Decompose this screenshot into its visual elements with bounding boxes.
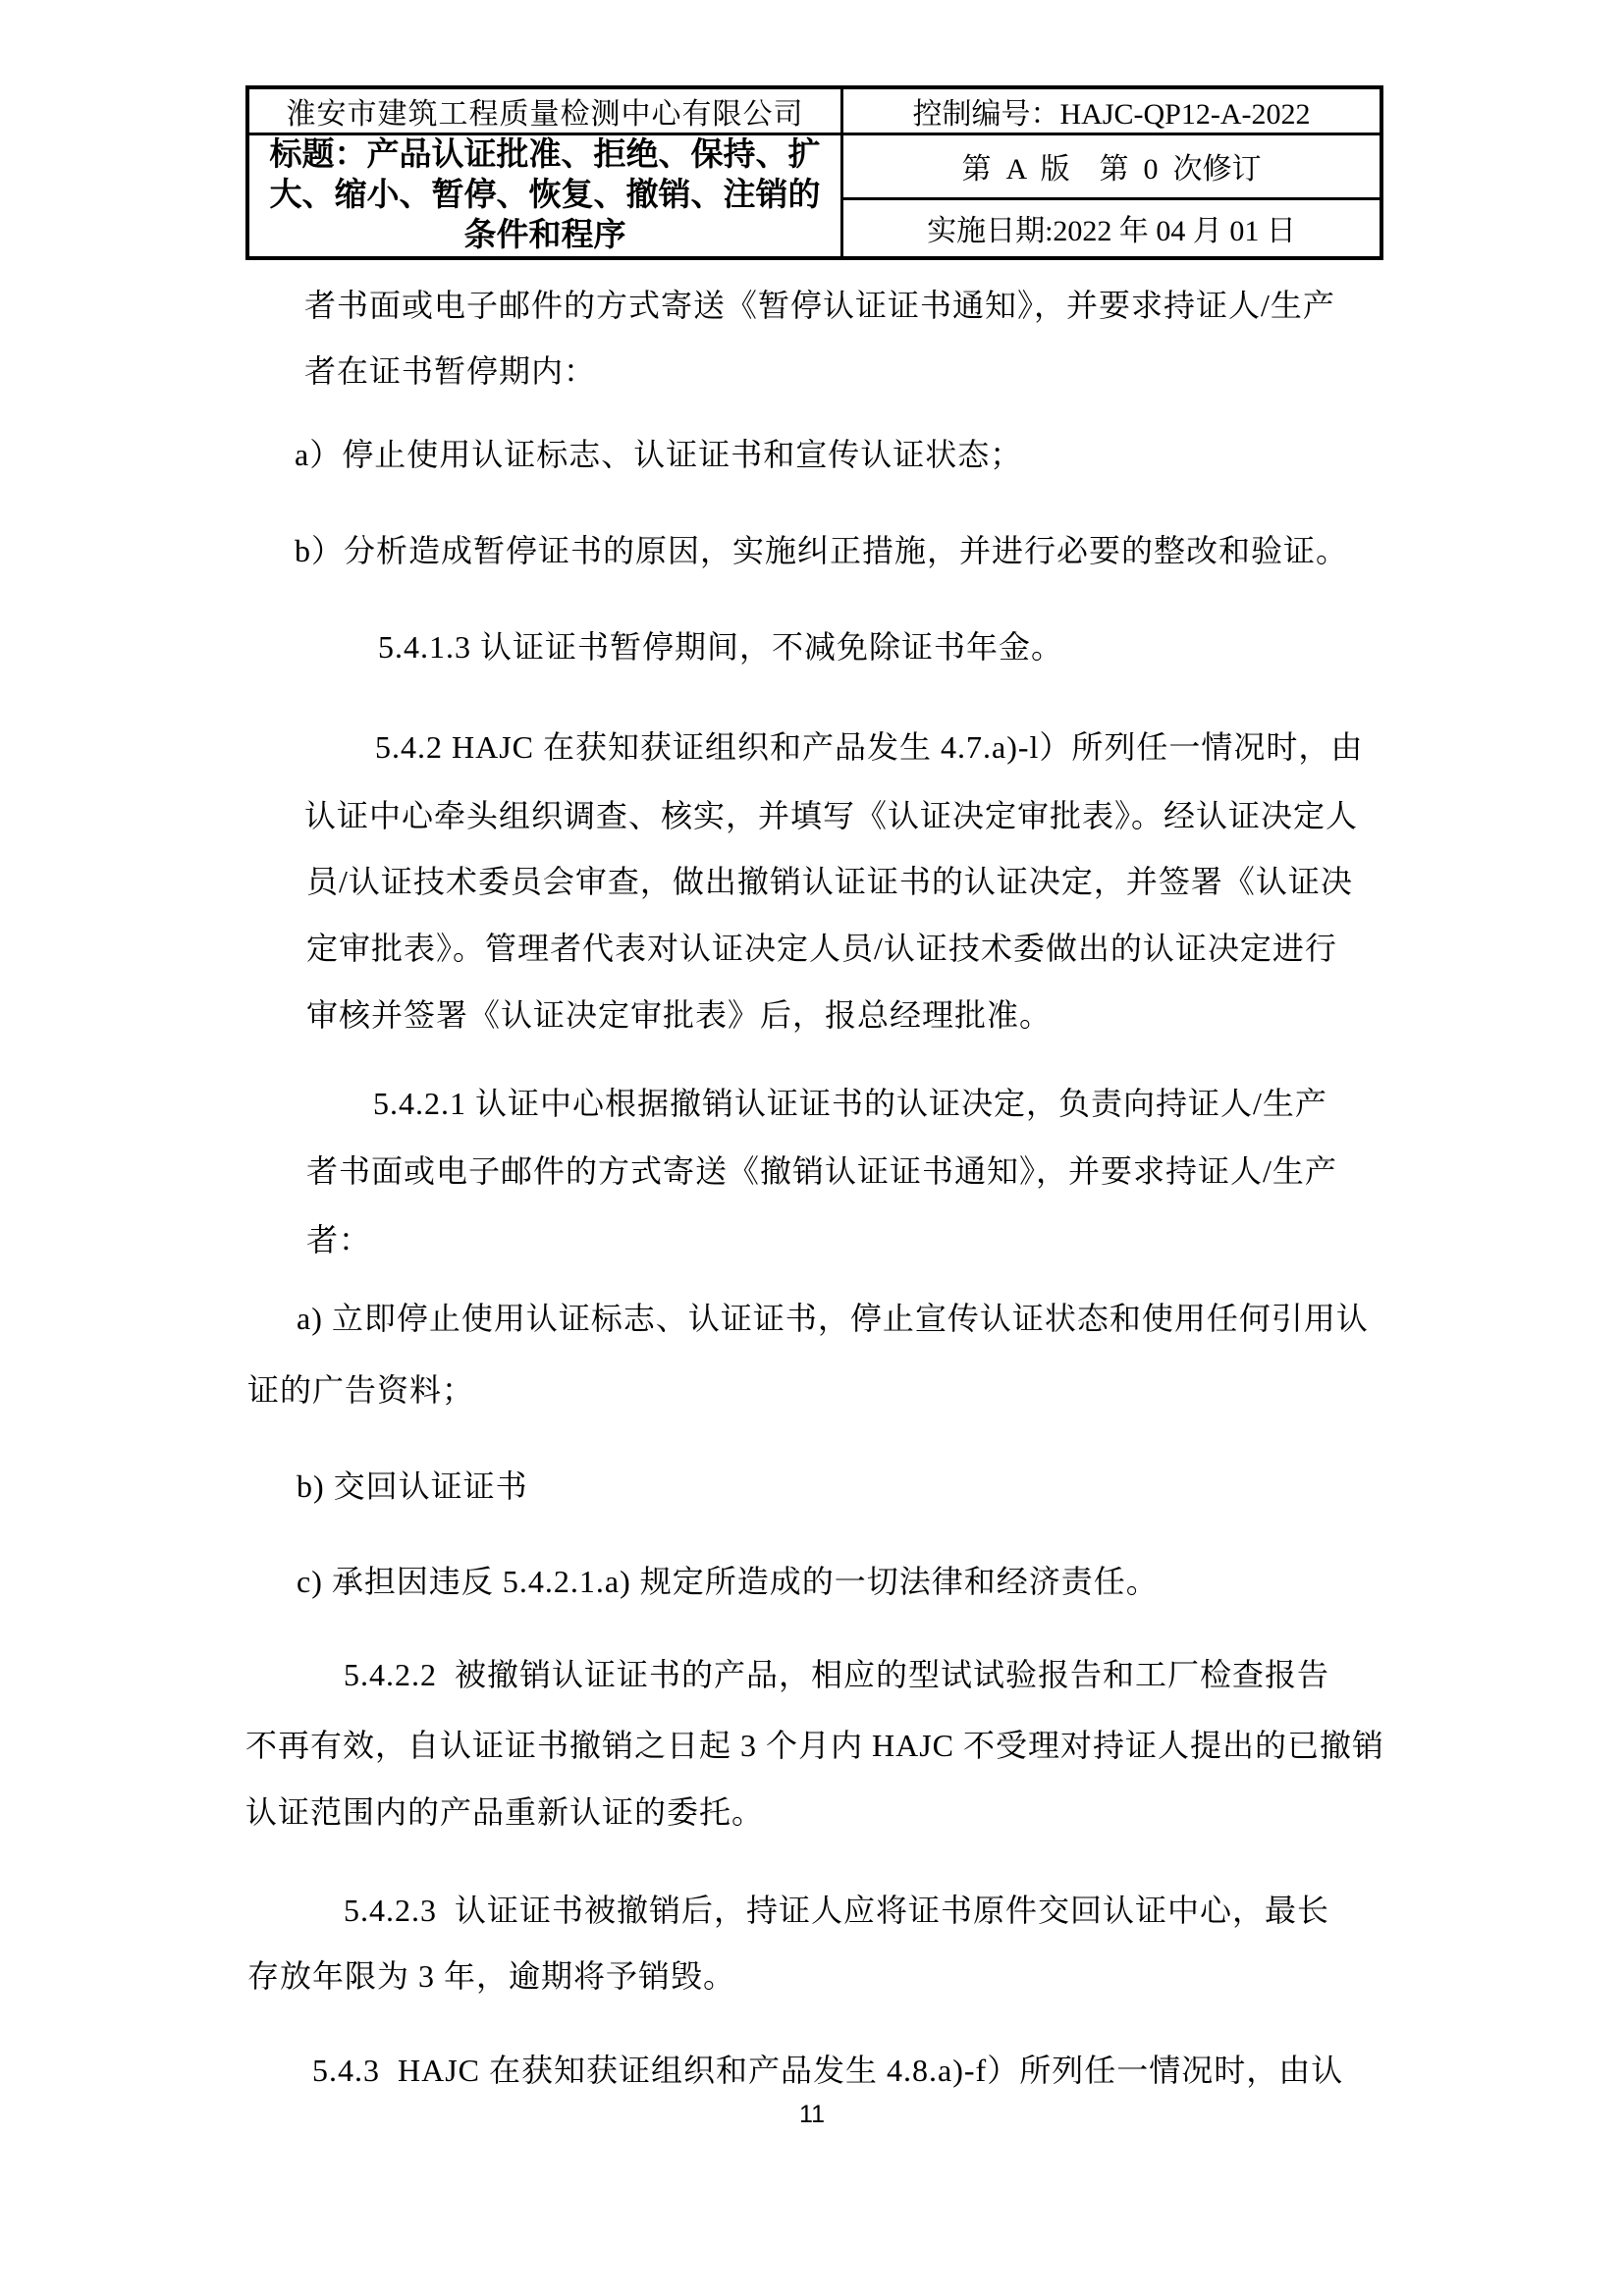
body-line: 者书面或电子邮件的方式寄送《暂停认证证书通知》，并要求持证人/生产 (304, 287, 1335, 324)
body-line: 员/认证技术委员会审查，做出撤销认证证书的认证决定，并签署《认证决 (306, 863, 1353, 900)
control-number-cell: 控制编号：HAJC-QP12-A-2022 (842, 87, 1382, 134)
body-line: 审核并签署《认证决定审批表》后，报总经理批准。 (306, 996, 1052, 1034)
body-line: 存放年限为 3 年，逾期将予销毁。 (247, 1957, 735, 1995)
body-line: 者书面或电子邮件的方式寄送《撤销认证证书通知》，并要求持证人/生产 (306, 1152, 1337, 1190)
company-name-cell: 淮安市建筑工程质量检测中心有限公司 (247, 87, 842, 134)
body-line: 认证范围内的产品重新认证的委托。 (245, 1793, 764, 1831)
body-line: c) 承担因违反 5.4.2.1.a) 规定所造成的一切法律和经济责任。 (297, 1563, 1159, 1600)
body-line: a）停止使用认证标志、认证证书和宣传认证状态； (295, 436, 1022, 473)
body-line: 者在证书暂停期内： (304, 352, 596, 390)
document-title-cell: 标题：产品认证批准、拒绝、保持、扩大、缩小、暂停、恢复、撤销、注销的条件和程序 (247, 134, 842, 259)
document-page: 淮安市建筑工程质量检测中心有限公司 控制编号：HAJC-QP12-A-2022 … (0, 0, 1624, 2296)
body-line: 5.4.2 HAJC 在获知获证组织和产品发生 4.7.a)-l）所列任一情况时… (375, 728, 1363, 766)
page-number: 11 (0, 2101, 1624, 2129)
body-line: 证的广告资料； (247, 1371, 474, 1409)
body-line: 认证中心牵头组织调查、核实，并填写《认证决定审批表》。经认证决定人 (304, 797, 1358, 834)
body-line: 定审批表》。管理者代表对认证决定人员/认证技术委做出的认证决定进行 (306, 930, 1337, 967)
body-line: b) 交回认证证书 (297, 1468, 528, 1505)
body-line: 5.4.1.3 认证证书暂停期间，不减免除证书年金。 (378, 628, 1063, 666)
header-row-2: 标题：产品认证批准、拒绝、保持、扩大、缩小、暂停、恢复、撤销、注销的条件和程序 … (247, 134, 1381, 199)
body-line: 5.4.2.2 被撤销认证证书的产品，相应的型试试验报告和工厂检查报告 (344, 1656, 1329, 1693)
body-line: 者： (306, 1221, 371, 1258)
body-line: 5.4.2.3 认证证书被撤销后，持证人应将证书原件交回认证中心，最长 (344, 1892, 1329, 1929)
body-line: b）分析造成暂停证书的原因，实施纠正措施，并进行必要的整改和验证。 (295, 532, 1348, 569)
implementation-date-cell: 实施日期:2022 年 04 月 01 日 (842, 198, 1382, 258)
document-header-table: 淮安市建筑工程质量检测中心有限公司 控制编号：HAJC-QP12-A-2022 … (245, 85, 1383, 260)
body-line: 5.4.3 HAJC 在获知获证组织和产品发生 4.8.a)-f）所列任一情况时… (312, 2052, 1343, 2089)
body-line: 不再有效，自认证证书撤销之日起 3 个月内 HAJC 不受理对持证人提出的已撤销 (245, 1727, 1384, 1764)
body-line: a) 立即停止使用认证标志、认证证书，停止宣传认证状态和使用任何引用认 (297, 1300, 1369, 1337)
version-revision-cell: 第 A 版 第 0 次修订 (842, 134, 1382, 199)
header-row-1: 淮安市建筑工程质量检测中心有限公司 控制编号：HAJC-QP12-A-2022 (247, 87, 1381, 134)
body-line: 5.4.2.1 认证中心根据撤销认证证书的认证决定，负责向持证人/生产 (373, 1085, 1327, 1122)
